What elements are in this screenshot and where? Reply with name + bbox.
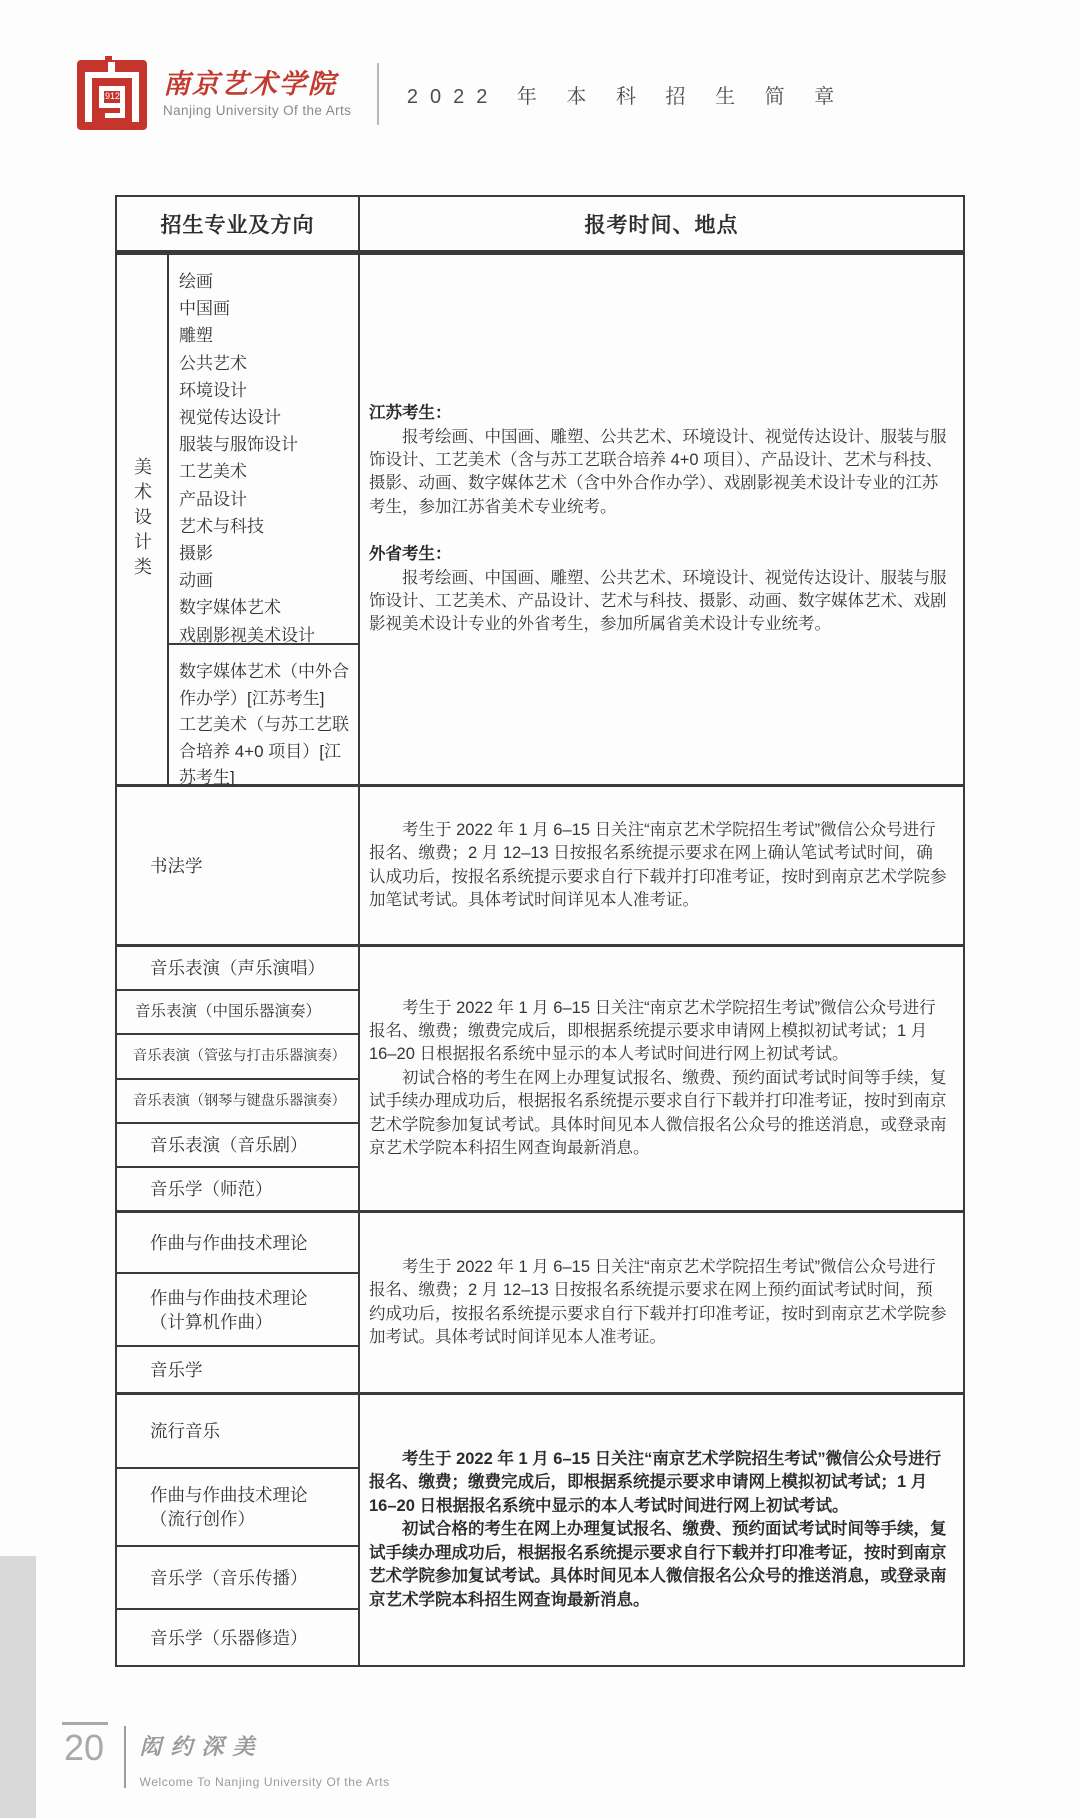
major-cell: 音乐表演（声乐演唱） [117, 947, 358, 989]
special-major-item: 工艺美术（与苏工艺联合培养 4+0 项目）[江苏考生] [179, 712, 350, 792]
music-performance-instructions-cell: 考生于 2022 年 1 月 6–15 日关注“南京艺术学院招生考试”微信公众号… [360, 947, 963, 1210]
major-item: 视觉传达设计 [179, 404, 352, 431]
special-majors-cell: 数字媒体艺术（中外合作办学）[江苏考生] 工艺美术（与苏工艺联合培养 4+0 项… [169, 643, 358, 792]
table-block-calligraphy: 书法学 考生于 2022 年 1 月 6–15 日关注“南京艺术学院招生考试”微… [117, 784, 963, 944]
welcome-text: Welcome To Nanjing University Of the Art… [140, 1775, 390, 1789]
other-province-paragraph: 报考绘画、中国画、雕塑、公共艺术、环境设计、视觉传达设计、服装与服饰设计、工艺美… [369, 567, 949, 637]
table-block-pop-music: 流行音乐 作曲与作曲技术理论 （流行创作） 音乐学（音乐传播） 音乐学（乐器修造… [117, 1392, 963, 1665]
university-name-cn: 南京艺术学院 [163, 70, 351, 100]
page-title: 2022 年 本 科 招 生 简 章 [407, 80, 846, 109]
major-item: 环境设计 [179, 377, 352, 404]
major-item: 产品设计 [179, 486, 352, 513]
header-divider [377, 63, 379, 125]
major-item: 公共艺术 [179, 350, 352, 377]
special-major-item: 数字媒体艺术（中外合作办学）[江苏考生] [179, 659, 350, 712]
major-cell: 流行音乐 [117, 1395, 358, 1467]
table-block-composition: 作曲与作曲技术理论 作曲与作曲技术理论 （计算机作曲） 音乐学 考生于 2022… [117, 1210, 963, 1392]
calligraphy-instructions-cell: 考生于 2022 年 1 月 6–15 日关注“南京艺术学院招生考试”微信公众号… [360, 787, 963, 944]
pop-music-paragraph-1: 考生于 2022 年 1 月 6–15 日关注“南京艺术学院招生考试”微信公众号… [369, 1448, 949, 1518]
music-performance-paragraph-2: 初试合格的考生在网上办理复试报名、缴费、预约面试考试时间等手续，复试手续办理成功… [369, 1067, 949, 1161]
major-cell: 音乐表演（钢琴与键盘乐器演奏） [117, 1078, 358, 1122]
composition-paragraph: 考生于 2022 年 1 月 6–15 日关注“南京艺术学院招生考试”微信公众号… [369, 1256, 949, 1350]
seal-year-text: 1912 [100, 91, 120, 101]
major-item: 服装与服饰设计 [179, 431, 352, 458]
major-cell: 音乐学（乐器修造） [117, 1608, 358, 1665]
page-number: 20 [62, 1729, 108, 1767]
major-cell: 音乐学（音乐传播） [117, 1545, 358, 1608]
table-header-row: 招生专业及方向 报考时间、地点 [117, 197, 963, 252]
major-cell: 音乐表演（管弦与打击乐器演奏） [117, 1033, 358, 1077]
major-cell: 作曲与作曲技术理论 （流行创作） [117, 1467, 358, 1545]
school-motto: 闳约深美 [140, 1730, 390, 1761]
other-province-heading: 外省考生： [369, 543, 949, 566]
university-seal-logo: 1912 [75, 56, 149, 132]
table-block-art-design: 美术设计类 绘画 中国画 雕塑 公共艺术 环境设计 视觉传达设计 服装与服饰设计… [117, 252, 963, 784]
art-design-instructions-cell: 江苏考生： 报考绘画、中国画、雕塑、公共艺术、环境设计、视觉传达设计、服装与服饰… [360, 255, 963, 784]
major-cell: 书法学 [117, 787, 360, 944]
section-gap [369, 519, 949, 543]
major-item: 绘画 [179, 268, 352, 295]
pop-music-instructions-cell: 考生于 2022 年 1 月 6–15 日关注“南京艺术学院招生考试”微信公众号… [360, 1395, 963, 1665]
jiangsu-heading: 江苏考生： [369, 402, 949, 425]
university-name-en: Nanjing University Of the Arts [163, 103, 351, 118]
table-header-majors: 招生专业及方向 [117, 197, 360, 250]
footer-rule [62, 1722, 108, 1725]
table-header-time: 报考时间、地点 [360, 197, 963, 250]
composition-instructions-cell: 考生于 2022 年 1 月 6–15 日关注“南京艺术学院招生考试”微信公众号… [360, 1213, 963, 1392]
major-item: 艺术与科技 [179, 513, 352, 540]
page-header: 1912 南京艺术学院 Nanjing University Of the Ar… [75, 56, 846, 132]
category-cell: 美术设计类 [117, 255, 169, 784]
major-cell: 音乐学 [117, 1345, 358, 1392]
left-edge-decoration [0, 1556, 36, 1818]
music-performance-paragraph-1: 考生于 2022 年 1 月 6–15 日关注“南京艺术学院招生考试”微信公众号… [369, 997, 949, 1067]
footer-divider [124, 1726, 126, 1788]
page-footer: 20 闳约深美 Welcome To Nanjing University Of… [62, 1722, 390, 1789]
major-cell: 作曲与作曲技术理论 （计算机作曲） [117, 1272, 358, 1345]
major-cell: 音乐表演（音乐剧） [117, 1122, 358, 1166]
calligraphy-paragraph: 考生于 2022 年 1 月 6–15 日关注“南京艺术学院招生考试”微信公众号… [369, 819, 949, 913]
major-item: 雕塑 [179, 322, 352, 349]
major-item: 摄影 [179, 540, 352, 567]
major-cell: 音乐学（师范） [117, 1166, 358, 1210]
major-cell: 音乐表演（中国乐器演奏） [117, 989, 358, 1033]
jiangsu-paragraph: 报考绘画、中国画、雕塑、公共艺术、环境设计、视觉传达设计、服装与服饰设计、工艺美… [369, 426, 949, 520]
brand-block: 南京艺术学院 Nanjing University Of the Arts [163, 70, 351, 118]
major-item: 工艺美术 [179, 458, 352, 485]
major-cell: 作曲与作曲技术理论 [117, 1213, 358, 1272]
major-item: 动画 [179, 567, 352, 594]
category-label-vertical: 美术设计类 [129, 457, 155, 582]
major-item: 数字媒体艺术 [179, 594, 352, 621]
majors-list-cell: 绘画 中国画 雕塑 公共艺术 环境设计 视觉传达设计 服装与服饰设计 工艺美术 … [169, 255, 358, 643]
pop-music-paragraph-2: 初试合格的考生在网上办理复试报名、缴费、预约面试考试时间等手续，复试手续办理成功… [369, 1518, 949, 1612]
document-page: 1912 南京艺术学院 Nanjing University Of the Ar… [0, 0, 1080, 1818]
major-item: 中国画 [179, 295, 352, 322]
admissions-table: 招生专业及方向 报考时间、地点 美术设计类 绘画 中国画 雕塑 公共艺术 环境设… [115, 195, 965, 1667]
table-block-music-performance: 音乐表演（声乐演唱） 音乐表演（中国乐器演奏） 音乐表演（管弦与打击乐器演奏） … [117, 944, 963, 1210]
